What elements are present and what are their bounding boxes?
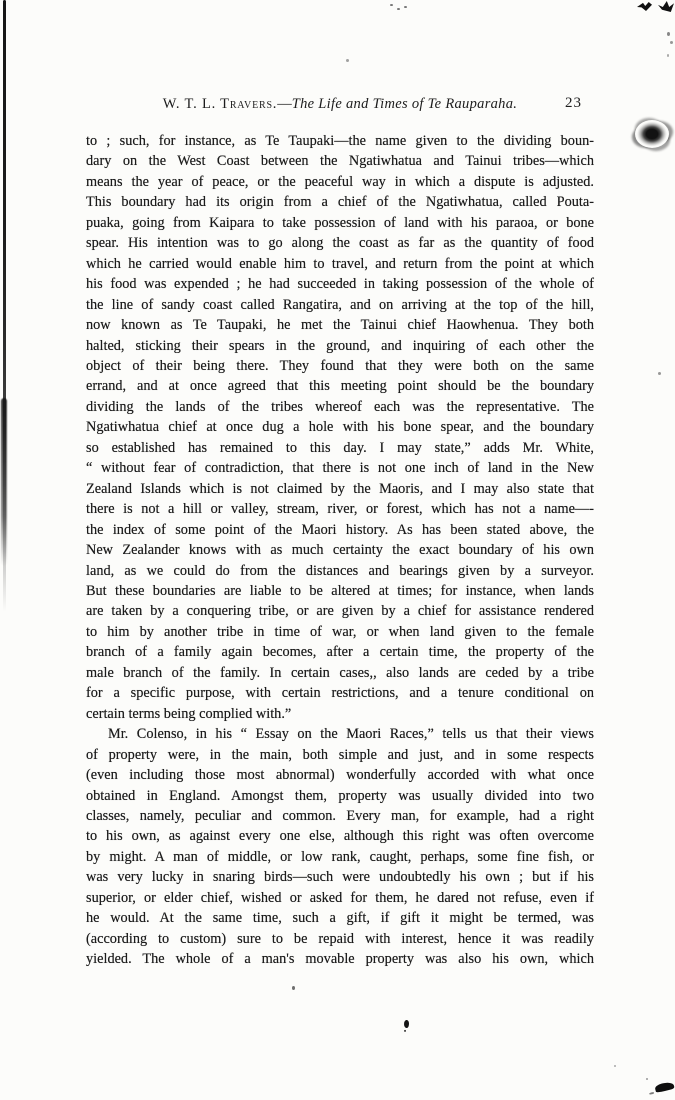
text-line: there is not a hill or valley, stream, r… (86, 499, 594, 519)
text-line: halted, sticking their spears in the gro… (86, 336, 594, 356)
body-text: to ; such, for instance, as Te Taupaki—t… (86, 131, 594, 970)
scan-speck (390, 4, 393, 6)
text-line: now known as Te Taupaki, he met the Tain… (86, 315, 594, 335)
scan-speck (658, 372, 661, 375)
text-line: was very lucky in snaring birds—such wer… (86, 867, 594, 887)
scan-speck (397, 8, 400, 10)
page-number: 23 (565, 95, 582, 112)
text-line: puaka, going from Kaipara to take posses… (86, 213, 594, 233)
book-title: The Life and Times of Te Rauparaha. (292, 96, 517, 112)
text-line: (even including those most abnormal) won… (86, 765, 594, 785)
text-line: spear. His intention was to go along the… (86, 233, 594, 253)
text-line: dary on the West Coast between the Ngati… (86, 151, 594, 171)
text-line: (according to custom) sure to be repaid … (86, 929, 594, 949)
scan-speck (292, 986, 295, 990)
pen-flick-mark (658, 1, 674, 12)
text-line: dividing the lands of the tribes whereof… (86, 397, 594, 417)
text-line: the index of some point of the Maori his… (86, 520, 594, 540)
scan-speck (404, 6, 407, 8)
text-line: errand, and at once agreed that this mee… (86, 376, 594, 396)
scan-left-edge-line (3, 0, 6, 612)
scan-speck (346, 59, 349, 62)
text-line: New Zealander knows with as much certain… (86, 540, 594, 560)
text-line: But these boundaries are liable to be al… (86, 581, 594, 601)
text-line: for a specific purpose, with certain res… (86, 683, 594, 703)
scan-speck (667, 32, 670, 36)
text-line: superior, or elder chief, wished or aske… (86, 888, 594, 908)
author-name: W. T. L. Travers. (163, 96, 277, 112)
text-line: Zealand Islands which is not claimed by … (86, 479, 594, 499)
text-line: to him by another tribe in time of war, … (86, 622, 594, 642)
text-line: object of their being there. They found … (86, 356, 594, 376)
running-head: W. T. L. Travers.—The Life and Times of … (86, 96, 594, 113)
text-line: which he carried would enable him to tra… (86, 254, 594, 274)
ink-blot (635, 120, 669, 148)
pen-flick-mark (637, 2, 652, 11)
text-line: his food was expended ; he had succeeded… (86, 274, 594, 294)
text-line: so established has remained to this day.… (86, 438, 594, 458)
text-line: “ without fear of contradiction, that th… (86, 458, 594, 478)
text-line: the line of sandy coast called Rangatira… (86, 295, 594, 315)
text-line: he would. At the same time, such a gift,… (86, 908, 594, 928)
ink-swoosh-mark (654, 1081, 674, 1093)
scan-speck (614, 1065, 616, 1067)
text-line: means the year of peace, or the peaceful… (86, 172, 594, 192)
text-line: obtained in England. Amongst them, prope… (86, 786, 594, 806)
text-line: by might. A man of middle, or low rank, … (86, 847, 594, 867)
text-line: to his own, as against every one else, a… (86, 826, 594, 846)
text-line: male branch of the family. In certain ca… (86, 663, 594, 683)
scan-speck (670, 41, 673, 44)
text-line: certain terms being complied with.” (86, 704, 594, 724)
text-line: of property were, in the main, both simp… (86, 745, 594, 765)
text-line: land, as we could do from the distances … (86, 561, 594, 581)
text-line: branch of a family again becomes, after … (86, 642, 594, 662)
text-line: to ; such, for instance, as Te Taupaki—t… (86, 131, 594, 151)
text-line: yielded. The whole of a man's movable pr… (86, 949, 594, 969)
running-head-title: W. T. L. Travers.—The Life and Times of … (86, 96, 594, 113)
header-dash: — (277, 96, 292, 112)
text-line: classes, namely, peculiar and common. Ev… (86, 806, 594, 826)
scan-left-edge-blob (1, 398, 7, 566)
scan-speck (667, 54, 669, 57)
scan-speck (646, 1078, 648, 1080)
text-line: This boundary had its origin from a chie… (86, 192, 594, 212)
text-line: Mr. Colenso, in his “ Essay on the Maori… (86, 724, 594, 744)
scanned-book-page: W. T. L. Travers.—The Life and Times of … (0, 0, 675, 1100)
text-line: are taken by a conquering tribe, or are … (86, 601, 594, 621)
printed-asterisk-mark (403, 1020, 409, 1029)
text-line: Ngatiwhatua chief at once dug a hole wit… (86, 417, 594, 437)
